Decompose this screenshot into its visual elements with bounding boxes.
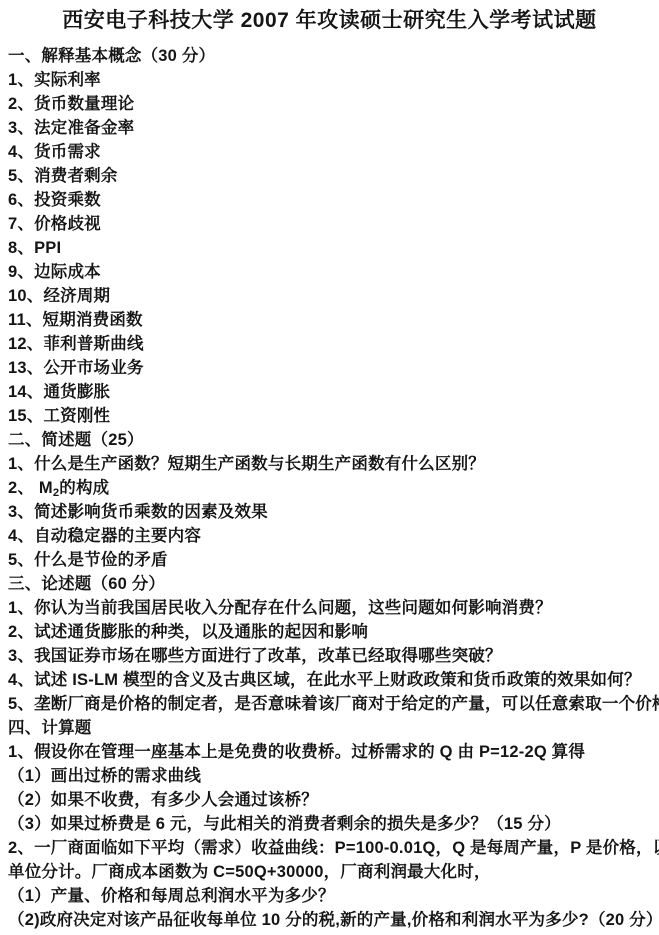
text-line: 7、价格歧视 bbox=[8, 212, 653, 236]
text-line: 二、简述题（25） bbox=[8, 428, 653, 452]
text-line: 8、PPI bbox=[8, 236, 653, 260]
text-line: 9、边际成本 bbox=[8, 260, 653, 284]
text-line: 2、试述通货膨胀的种类，以及通胀的起因和影响 bbox=[8, 620, 653, 644]
text-line: 15、工资刚性 bbox=[8, 404, 653, 428]
text-line: （2）如果不收费，有多少人会通过该桥？ bbox=[8, 788, 653, 812]
text-line: 一、解释基本概念（30 分） bbox=[8, 44, 653, 68]
text-line: 5、消费者剩余 bbox=[8, 164, 653, 188]
text-line: 三、论述题（60 分） bbox=[8, 572, 653, 596]
text-line: 4、自动稳定器的主要内容 bbox=[8, 524, 653, 548]
text-line: 4、试述 IS-LM 模型的含义及古典区域，在此水平上财政政策和货币政策的效果如… bbox=[8, 668, 653, 692]
text-line: 14、通货膨胀 bbox=[8, 380, 653, 404]
text-line: 5、什么是节俭的矛盾 bbox=[8, 548, 653, 572]
text-line: 3、简述影响货币乘数的因素及效果 bbox=[8, 500, 653, 524]
text-line: 单位分计。厂商成本函数为 C=50Q+30000，厂商利润最大化时， bbox=[8, 860, 653, 884]
text-line: （2)政府决定对该产品征收每单位 10 分的税,新的产量,价格和利润水平为多少?… bbox=[8, 908, 653, 932]
text-line: 3、我国证券市场在哪些方面进行了改革，改革已经取得哪些突破？ bbox=[8, 644, 653, 668]
text-line: 1、实际利率 bbox=[8, 68, 653, 92]
text-line: 2、一厂商面临如下平均（需求）收益曲线：P=100-0.01Q，Q 是每周产量，… bbox=[8, 836, 653, 860]
text-line: 1、什么是生产函数？短期生产函数与长期生产函数有什么区别？ bbox=[8, 452, 653, 476]
text-line: 10、经济周期 bbox=[8, 284, 653, 308]
text-line: 1、你认为当前我国居民收入分配存在什么问题，这些问题如何影响消费？ bbox=[8, 596, 653, 620]
text-line: （1）产量、价格和每周总利润水平为多少？ bbox=[8, 884, 653, 908]
text-line: 11、短期消费函数 bbox=[8, 308, 653, 332]
text-line: 4、货币需求 bbox=[8, 140, 653, 164]
text-line: 3、法定准备金率 bbox=[8, 116, 653, 140]
text-line: 13、公开市场业务 bbox=[8, 356, 653, 380]
line-segment: 2、 M bbox=[8, 479, 53, 497]
text-line: （1）画出过桥的需求曲线 bbox=[8, 764, 653, 788]
text-line: 6、投资乘数 bbox=[8, 188, 653, 212]
line-segment: 的构成 bbox=[59, 479, 109, 497]
text-line: 5、垄断厂商是价格的制定者，是否意味着该厂商对于给定的产量，可以任意索取一个价格… bbox=[8, 692, 653, 716]
exam-paper-page: 西安电子科技大学 2007 年攻读硕士研究生入学考试试题 一、解释基本概念（30… bbox=[0, 0, 659, 935]
page-title: 西安电子科技大学 2007 年攻读硕士研究生入学考试试题 bbox=[0, 0, 659, 35]
text-line: （3）如果过桥费是 6 元，与此相关的消费者剩余的损失是多少？（15 分） bbox=[8, 812, 653, 836]
text-line: 四、计算题 bbox=[8, 716, 653, 740]
text-line: 12、菲利普斯曲线 bbox=[8, 332, 653, 356]
document-body: 一、解释基本概念（30 分）1、实际利率2、货币数量理论3、法定准备金率4、货币… bbox=[0, 35, 659, 932]
text-line: 2、 M2的构成 bbox=[8, 476, 653, 500]
text-line: 1、假设你在管理一座基本上是免费的收费桥。过桥需求的 Q 由 P=12-2Q 算… bbox=[8, 740, 653, 764]
text-line: 2、货币数量理论 bbox=[8, 92, 653, 116]
